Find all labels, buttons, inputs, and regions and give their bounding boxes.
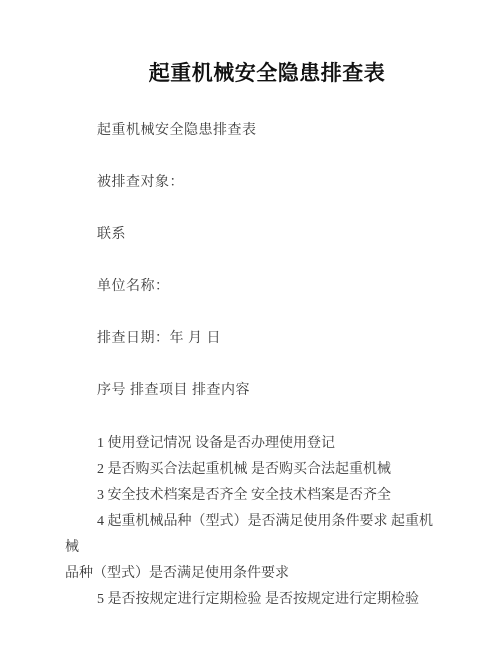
field-contact: 联系 (65, 222, 437, 248)
checklist-item: 4 起重机械品种（型式）是否满足使用条件要求 起重机械 品种（型式）是否满足使用… (65, 509, 437, 587)
table-header-row: 序号 排查项目 排查内容 (65, 378, 437, 404)
field-unit-name: 单位名称： (65, 274, 437, 300)
checklist-item: 2 是否购买合法起重机械 是否购买合法起重机械 (65, 457, 437, 483)
doc-subtitle: 起重机械安全隐患排查表 (65, 118, 437, 144)
document-page: 起重机械安全隐患排查表 起重机械安全隐患排查表 被排查对象： 联系 单位名称： … (0, 0, 502, 649)
checklist-item: 3 安全技术档案是否齐全 安全技术档案是否齐全 (65, 483, 437, 509)
field-inspection-date: 排查日期：年 月 日 (65, 326, 437, 352)
checklist-item: 5 是否按规定进行定期检验 是否按规定进行定期检验 (65, 587, 437, 613)
doc-title: 起重机械安全隐患排查表 (65, 59, 437, 89)
checklist-item: 1 使用登记情况 设备是否办理使用登记 (65, 431, 437, 457)
field-inspected-object: 被排查对象： (65, 170, 437, 196)
